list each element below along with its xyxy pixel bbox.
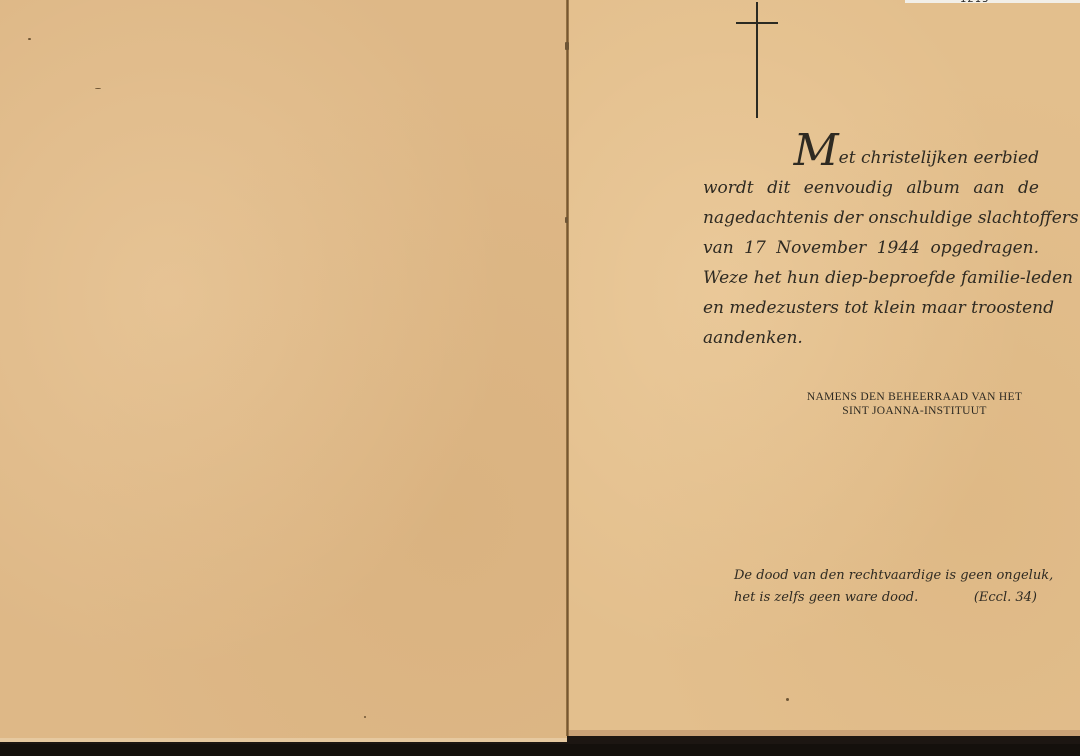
dropcap-letter: M bbox=[794, 125, 839, 176]
bottom-edge-shadow bbox=[0, 744, 1080, 756]
book-scan: 1215 Met christelijken eerbied wordt dit… bbox=[0, 0, 1080, 756]
dedication-line-7: aandenken. bbox=[703, 323, 1039, 353]
paper-speck bbox=[565, 42, 569, 50]
dedication-line-5: Weze het hun diep-beproefde familie-lede… bbox=[703, 263, 1039, 293]
quote-line-2-text: het is zelfs geen ware dood. bbox=[734, 587, 918, 609]
quote-line-2: het is zelfs geen ware dood. (Eccl. 34) bbox=[734, 587, 1037, 609]
signature-line-2: SINT JOANNA-INSTITUUT bbox=[790, 404, 1039, 418]
paper-speck bbox=[28, 38, 31, 40]
dedication-line-3: nagedachtenis der onschuldige slachtoffe… bbox=[703, 203, 1039, 233]
right-page bbox=[569, 0, 1080, 736]
paper-speck bbox=[364, 716, 366, 718]
scripture-quote: De dood van den rechtvaardige is geen on… bbox=[734, 565, 1037, 609]
left-page bbox=[0, 0, 567, 742]
dedication-line-6: en medezusters tot klein maar troostend bbox=[703, 293, 1039, 323]
cross-vertical-bar bbox=[756, 2, 758, 118]
paper-speck bbox=[786, 698, 789, 701]
dedication-text: Met christelijken eerbied wordt dit eenv… bbox=[703, 136, 1039, 353]
quote-citation: (Eccl. 34) bbox=[974, 587, 1037, 609]
paper-speck bbox=[95, 88, 101, 89]
top-edge-strip bbox=[905, 0, 1080, 3]
quote-line-1: De dood van den rechtvaardige is geen on… bbox=[734, 565, 1037, 587]
dedication-line-2: wordt dit eenvoudig album aan de bbox=[703, 173, 1039, 203]
book-gutter bbox=[566, 0, 569, 736]
top-edge-digits: 1215 bbox=[960, 0, 989, 5]
paper-speck bbox=[565, 217, 568, 223]
dedication-line-4: van 17 November 1944 opgedragen. bbox=[703, 233, 1039, 263]
dedication-line-1: Met christelijken eerbied bbox=[703, 136, 1039, 173]
signature-block: NAMENS DEN BEHEERRAAD VAN HET SINT JOANN… bbox=[790, 390, 1039, 418]
cross-horizontal-bar bbox=[736, 22, 778, 24]
signature-line-1: NAMENS DEN BEHEERRAAD VAN HET bbox=[790, 390, 1039, 404]
